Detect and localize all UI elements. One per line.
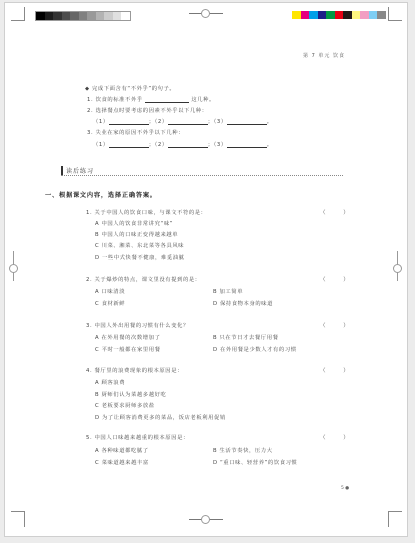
gray-swatch <box>121 12 130 20</box>
blank-label: 。 <box>267 119 273 125</box>
blank-label: ；（2） <box>149 119 168 125</box>
option-c[interactable]: C 川菜、湘菜、东北菜等各具风味 <box>95 241 184 249</box>
answer-blank[interactable] <box>168 119 208 125</box>
gray-swatch <box>36 12 45 20</box>
section-header: 读后练习 <box>61 166 343 176</box>
answer-parens[interactable]: （ ） <box>320 275 357 283</box>
fill-in-item-2-blanks: （1）；（2）；（3）。 <box>93 117 273 125</box>
color-swatch <box>360 11 369 19</box>
color-swatch <box>343 11 352 19</box>
color-swatch <box>326 11 335 19</box>
question-stem: 4. 餐厅里的浪费现象的根本原因是： <box>86 366 183 374</box>
registration-mark <box>201 515 210 524</box>
color-calibration-bar <box>292 11 386 19</box>
blank-label: ；（3） <box>208 119 227 125</box>
fill-in-item-3-blanks: （1）；（2）；（3）。 <box>93 140 273 148</box>
option-c[interactable]: C 菜味道越来越丰富 <box>95 458 149 466</box>
color-swatch <box>377 11 386 19</box>
gray-swatch <box>70 12 79 20</box>
gray-swatch <box>53 12 62 20</box>
item-text: 失业在家的原因不外乎以下几种： <box>96 130 184 136</box>
question-stem: 3. 中国人外出用餐的习惯有什么变化？ <box>86 321 189 329</box>
color-swatch <box>335 11 344 19</box>
crop-mark <box>11 511 25 512</box>
option-a[interactable]: A 口味清淡 <box>95 287 125 295</box>
answer-parens[interactable]: （ ） <box>320 321 357 329</box>
option-b[interactable]: B 生活节奏快，压力大 <box>213 446 273 454</box>
fill-in-item-2: 2. 选择餐点时要考虑的因素不外乎以下几种： <box>87 106 208 114</box>
gray-swatch <box>96 12 105 20</box>
registration-mark <box>201 9 210 18</box>
answer-parens[interactable]: （ ） <box>320 208 357 216</box>
fill-in-item-3: 3. 失业在家的原因不外乎以下几种： <box>87 128 184 136</box>
answer-parens[interactable]: （ ） <box>320 366 357 374</box>
answer-parens[interactable]: （ ） <box>320 433 357 441</box>
section-title: 读后练习 <box>66 166 94 175</box>
option-b[interactable]: B 厨师们认为菜越多越好吃 <box>95 390 166 398</box>
blank-label: ；（2） <box>149 142 168 148</box>
blank-label: （1） <box>93 119 109 125</box>
item-number: 3. <box>87 130 93 136</box>
color-swatch <box>352 11 361 19</box>
answer-blank[interactable] <box>227 119 267 125</box>
option-d[interactable]: D 在外用餐是少数人才有的习惯 <box>213 345 297 353</box>
gray-swatch <box>87 12 96 20</box>
crop-mark <box>24 511 25 527</box>
option-d[interactable]: D “重口味、轻营养”的饮食习惯 <box>213 458 297 466</box>
crop-mark <box>11 20 25 21</box>
exercise-title: 一、根据课文内容，选择正确答案。 <box>45 190 157 199</box>
option-c[interactable]: C 食材新鲜 <box>95 299 125 307</box>
color-swatch <box>301 11 310 19</box>
item-number: 2. <box>87 108 93 114</box>
fill-in-instruction: ◆ 完成下面含有“不外乎”的句子。 <box>85 84 175 92</box>
registration-mark <box>393 264 402 273</box>
answer-blank[interactable] <box>109 119 149 125</box>
crop-mark <box>388 7 389 21</box>
option-d[interactable]: D 保持食物本身的味道 <box>213 299 273 307</box>
answer-blank[interactable] <box>109 142 149 148</box>
blank-label: ；（3） <box>208 142 227 148</box>
gray-swatch <box>45 12 54 20</box>
gray-swatch <box>62 12 71 20</box>
item-suffix: 这几种。 <box>191 97 215 103</box>
fill-in-item-1: 1. 饮食的标准不外乎 这几种。 <box>87 95 215 103</box>
option-d[interactable]: D 一些中式快餐不健康，难觅油腻 <box>95 253 185 261</box>
answer-blank[interactable] <box>168 142 208 148</box>
option-a[interactable]: A 在外用餐的次数增加了 <box>95 333 160 341</box>
grayscale-calibration-bar <box>35 11 131 21</box>
color-swatch <box>292 11 301 19</box>
item-prefix: 饮食的标准不外乎 <box>96 97 143 103</box>
option-c[interactable]: C 平时一般都在家里用餐 <box>95 345 161 353</box>
registration-mark <box>9 264 18 273</box>
page-number: 5 ● <box>341 486 349 491</box>
answer-blank[interactable] <box>145 97 189 103</box>
section-marker <box>61 166 63 175</box>
option-a[interactable]: A 中国人的饮食非常讲究“味” <box>95 219 173 227</box>
item-text: 选择餐点时要考虑的因素不外乎以下几种： <box>96 108 208 114</box>
color-swatch <box>309 11 318 19</box>
document-page: 第 7 单元 饮食 ◆ 完成下面含有“不外乎”的句子。 1. 饮食的标准不外乎 … <box>4 2 408 537</box>
question-stem: 5. 中国人口味越来越重的根本原因是： <box>86 433 189 441</box>
color-swatch <box>318 11 327 19</box>
crop-mark <box>388 511 402 512</box>
option-b[interactable]: B 只在节日才去餐厅用餐 <box>213 333 279 341</box>
question-stem: 2. 关于爆炒的特点，课文里没有提到的是： <box>86 275 201 283</box>
option-a[interactable]: A 顾客浪费 <box>95 378 125 386</box>
gray-swatch <box>113 12 122 20</box>
option-a[interactable]: A 各种味道都吃腻了 <box>95 446 149 454</box>
option-d[interactable]: D 为了让顾客消费更多的菜品，饭店老板利用促销 <box>95 413 226 421</box>
crop-mark <box>388 20 402 21</box>
option-c[interactable]: C 老板要求厨师多放盐 <box>95 401 155 409</box>
option-b[interactable]: B 中国人的口味正变得越来越单 <box>95 230 178 238</box>
answer-blank[interactable] <box>227 142 267 148</box>
crop-mark <box>388 511 389 527</box>
color-swatch <box>369 11 378 19</box>
blank-label: 。 <box>267 142 273 148</box>
crop-mark <box>24 7 25 21</box>
gray-swatch <box>79 12 88 20</box>
option-b[interactable]: B 加工简单 <box>213 287 243 295</box>
item-number: 1. <box>87 97 93 103</box>
gray-swatch <box>104 12 113 20</box>
blank-label: （1） <box>93 142 109 148</box>
running-head: 第 7 单元 饮食 <box>303 52 345 59</box>
question-stem: 1. 关于中国人的饮食口味，与课文不符的是： <box>86 208 207 216</box>
